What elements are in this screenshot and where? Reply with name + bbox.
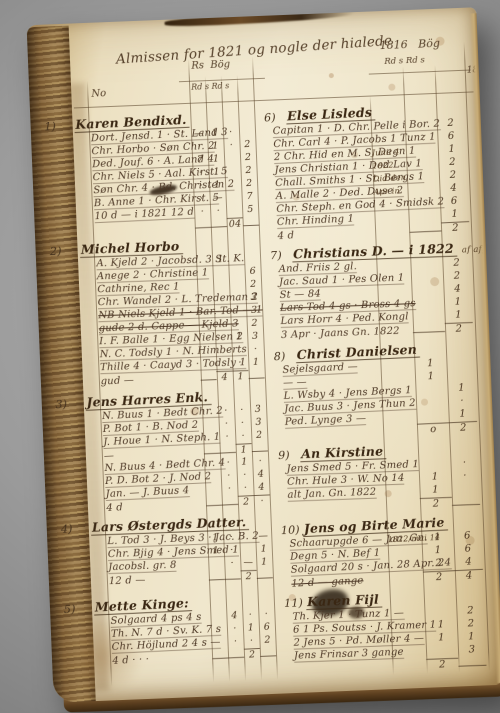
money-col-value: · bbox=[448, 395, 476, 407]
money-col-value: 2 bbox=[439, 169, 467, 181]
col-value: — bbox=[210, 192, 226, 204]
money-col-value: 1 bbox=[438, 143, 466, 155]
money-col-value: 4 bbox=[439, 182, 467, 194]
col-value: 5 bbox=[242, 204, 258, 216]
col-value bbox=[226, 199, 242, 200]
col-value bbox=[225, 578, 241, 580]
col-value bbox=[195, 227, 211, 229]
col-value bbox=[244, 260, 260, 261]
col-value bbox=[239, 134, 255, 135]
right-money-header-1: 1816 bbox=[379, 38, 407, 52]
col-value: · bbox=[218, 405, 234, 417]
section-an-kirstine: 9)An Kirstine Jens Smed 5 · Fr. Smed 1·C… bbox=[280, 440, 482, 516]
section-christians-datter: 7)Christians D. — i 1822af afg. Chist. H… bbox=[272, 240, 475, 342]
section-number: 3) bbox=[55, 397, 86, 411]
money-col-value bbox=[419, 466, 451, 467]
money-col-value: 2 bbox=[445, 322, 473, 335]
money-col-value: 1 bbox=[419, 471, 451, 483]
section-number: 1) bbox=[44, 119, 75, 133]
col-value bbox=[227, 212, 243, 213]
col-value bbox=[213, 288, 229, 289]
margin-note bbox=[386, 493, 420, 494]
col-value: · bbox=[223, 139, 239, 151]
col-value: · bbox=[252, 455, 268, 467]
money-col-value: 2 bbox=[426, 658, 458, 671]
col-value bbox=[249, 377, 265, 379]
col-value: 3 bbox=[250, 403, 266, 415]
line-text: Jac. Saud 1 · Pes Olen 1 bbox=[273, 273, 377, 288]
section-number: 6) bbox=[264, 110, 287, 124]
section-jens-harres: 3)Jens Harres Enk. N. Buus 1 · Bedt Chr.… bbox=[89, 386, 270, 515]
col-value: · bbox=[219, 431, 235, 443]
section-lars-ostergds: 4)Lars Østergds Datter. L. Tod 3 · J. Be… bbox=[95, 513, 273, 588]
col-value: · bbox=[223, 531, 239, 543]
col-value: · bbox=[258, 608, 274, 620]
section-heading: Karen Fijl bbox=[306, 591, 382, 610]
money-col-value bbox=[447, 377, 475, 378]
col-value: 4 bbox=[253, 481, 269, 493]
col-value bbox=[211, 226, 227, 228]
margin-note: Apr in bbox=[373, 186, 407, 197]
col-value: 2 bbox=[241, 178, 257, 190]
line-text: St — 84 bbox=[273, 286, 377, 301]
col-value: 2 bbox=[251, 429, 267, 441]
margin-note bbox=[376, 233, 410, 235]
col-value: — bbox=[191, 128, 207, 140]
money-col-value: 2 bbox=[443, 270, 471, 282]
money-col-value: 1 bbox=[422, 544, 454, 556]
line-text: 12 d — bbox=[97, 573, 209, 588]
line-text: 4 d bbox=[271, 226, 375, 242]
section-number: 2) bbox=[50, 244, 80, 258]
money-col-value bbox=[452, 504, 480, 506]
col-value bbox=[228, 657, 244, 659]
col-value: 1 bbox=[212, 254, 228, 266]
col-value: 2 bbox=[241, 570, 257, 583]
col-value: 7 bbox=[242, 191, 258, 203]
line-text: Lars Horr 4 · Ped. Kongl bbox=[274, 312, 378, 327]
money-col-value: · bbox=[451, 470, 479, 482]
money-col-value: 1 bbox=[421, 531, 453, 543]
col-value bbox=[229, 287, 245, 288]
col-value: 1 bbox=[208, 166, 224, 178]
col-value bbox=[224, 160, 240, 161]
money-col-value: 1 bbox=[419, 484, 451, 496]
margin-note: 1822/mai 14 bbox=[387, 534, 421, 545]
line-text: Jens Frinsar 3 gange bbox=[288, 647, 392, 662]
col-value: · bbox=[218, 418, 234, 430]
col-value: · bbox=[193, 180, 209, 192]
margin-note: Junii 4 bbox=[372, 147, 406, 158]
col-value: 7 bbox=[192, 154, 208, 166]
col-value: 2 bbox=[259, 634, 275, 646]
money-col-value: o bbox=[417, 422, 450, 435]
col-value: · bbox=[194, 193, 210, 205]
col-value bbox=[209, 579, 225, 581]
col-value: 3 bbox=[246, 291, 262, 303]
section-number: 8) bbox=[274, 349, 297, 363]
photo-backdrop: Almissen for 1821 og nogle der hialede N… bbox=[0, 0, 500, 713]
col-value bbox=[206, 492, 222, 493]
money-col-value bbox=[452, 491, 480, 492]
line-text bbox=[280, 434, 384, 439]
line-text bbox=[282, 508, 386, 512]
margin-note bbox=[393, 668, 427, 669]
section-number: 5) bbox=[64, 602, 95, 616]
money-col-value bbox=[408, 191, 440, 192]
line-text: 3 Apr · Jaans Gn. 1822 bbox=[275, 326, 379, 341]
col-value: 4 bbox=[253, 468, 269, 480]
section-karen-bendixd: 1)Karen Bendixd. Dort. Jensd. 1 · St. La… bbox=[78, 109, 259, 238]
col-value bbox=[252, 450, 268, 452]
right-money-header-2: Bög bbox=[418, 37, 440, 51]
col-value: 1 bbox=[232, 370, 248, 383]
col-value: · bbox=[220, 457, 236, 469]
line-text: 4 d bbox=[94, 498, 206, 514]
money-col-value bbox=[425, 614, 457, 615]
col-value: 3 bbox=[246, 304, 262, 316]
col-value: · bbox=[221, 483, 237, 495]
col-value: 6 bbox=[259, 621, 275, 633]
col-value bbox=[203, 427, 219, 428]
money-col-value: 2 bbox=[436, 117, 464, 129]
col-value: 1 bbox=[207, 127, 223, 139]
margin-note: Did den bbox=[373, 173, 407, 184]
line-text: 12 d — gange bbox=[285, 574, 389, 590]
section-number: 4) bbox=[61, 522, 91, 536]
money-col-value: 2 bbox=[438, 156, 466, 168]
col-value bbox=[260, 655, 276, 657]
line-text: Th. Kjer 1 · Tunz 1 — bbox=[286, 608, 390, 623]
col-value bbox=[213, 275, 229, 276]
section-heading: An Kirstine bbox=[300, 443, 387, 462]
money-col-value: 2 bbox=[420, 497, 452, 510]
col-value: · bbox=[192, 167, 208, 179]
col-value: 1 bbox=[209, 179, 225, 191]
col-value: 6 bbox=[245, 265, 261, 277]
col-value bbox=[201, 379, 217, 381]
line-text: And. Friis 2 gl. bbox=[272, 260, 376, 275]
left-column: 1)Karen Bendixd. Dort. Jensd. 1 · St. La… bbox=[78, 109, 276, 673]
foxing-spots bbox=[329, 73, 334, 78]
margin-note bbox=[377, 267, 411, 268]
money-col-value: 2 bbox=[449, 421, 478, 434]
right-money-subheader: Rd s Rd s bbox=[384, 55, 425, 67]
col-value: · bbox=[232, 357, 248, 369]
col-value bbox=[204, 453, 220, 455]
col-value: 2 bbox=[240, 152, 256, 164]
col-value: 1 bbox=[208, 545, 224, 557]
money-col-value: 1 bbox=[447, 382, 475, 394]
money-col-value bbox=[411, 266, 443, 267]
col-value: · bbox=[224, 557, 240, 569]
section-karen-fijl: 11)Karen Fijl Th. Kjer 1 · Tunz 1 —26 1 … bbox=[286, 588, 489, 677]
money-col-value: 1 bbox=[425, 632, 457, 644]
col-value: — bbox=[255, 530, 271, 542]
col-value: 1 bbox=[248, 356, 264, 368]
col-value: · bbox=[237, 482, 253, 494]
left-money-header-1: Rs bbox=[191, 60, 204, 71]
col-value bbox=[229, 274, 245, 275]
col-value: · bbox=[227, 623, 243, 635]
col-value: · bbox=[223, 126, 239, 138]
money-col-value: 2 bbox=[442, 257, 470, 269]
col-value bbox=[222, 504, 238, 506]
margin-note bbox=[375, 219, 409, 221]
line-text bbox=[83, 229, 195, 234]
col-value: 4 bbox=[216, 371, 232, 384]
ledger-book: Almissen for 1821 og nogle der hialede N… bbox=[27, 7, 500, 703]
margin-note bbox=[380, 367, 414, 369]
money-col-value bbox=[458, 665, 486, 667]
money-col-value: 2 bbox=[457, 618, 485, 630]
right-money-header: 1816 Bög bbox=[379, 37, 440, 52]
section-number: 9) bbox=[278, 448, 300, 462]
money-col-value: 2 bbox=[441, 221, 470, 234]
col-value: · bbox=[237, 469, 253, 481]
col-value: 04 bbox=[227, 217, 244, 230]
margin-note bbox=[381, 380, 415, 382]
col-value: 2 bbox=[239, 139, 255, 151]
col-value: · bbox=[221, 470, 237, 482]
margin-note bbox=[386, 507, 420, 508]
col-value bbox=[206, 505, 222, 507]
col-value: 1 bbox=[231, 331, 247, 343]
col-value: 1 bbox=[236, 443, 253, 456]
col-value bbox=[257, 577, 273, 579]
col-value: 2 bbox=[240, 165, 256, 177]
ruled-line bbox=[369, 70, 471, 75]
section-number: 11) bbox=[284, 596, 306, 610]
money-col-value: 1 bbox=[415, 370, 447, 382]
money-col-value: 6 bbox=[440, 195, 468, 207]
line-text bbox=[289, 669, 393, 673]
line-text: Lars Tod 4 gs · Bross 4 gs bbox=[274, 299, 378, 314]
col-value: 1 bbox=[243, 622, 259, 634]
col-value: 2 bbox=[244, 648, 261, 661]
margin-note: 1822 bbox=[372, 160, 406, 171]
money-col-value: 6 bbox=[437, 130, 465, 142]
line-text: 4 d · · · bbox=[100, 651, 212, 667]
col-value bbox=[211, 619, 227, 620]
line-text: Chr. Hule 3 · W. No 14 bbox=[281, 473, 385, 488]
money-col-value bbox=[416, 391, 448, 392]
money-col-value bbox=[412, 305, 444, 306]
col-value: 1 bbox=[207, 532, 223, 544]
torn-top-edge bbox=[164, 9, 354, 28]
line-text: Jens Smed 5 · Fr. Smed 1 bbox=[280, 460, 384, 475]
col-value: 4 bbox=[226, 610, 242, 622]
section-jens-birte-marie: 10)Jens og Birte Marie Schaarupgde 6 — J… bbox=[283, 513, 486, 591]
money-col-value: 1 bbox=[444, 296, 472, 308]
col-value: · bbox=[227, 636, 243, 648]
money-col-value bbox=[411, 279, 443, 280]
right-column: 6)Else Lisleds Capitan 1 · D. Chr. Pelle… bbox=[266, 101, 489, 683]
money-col-value: 1 bbox=[441, 208, 469, 220]
col-value bbox=[212, 657, 228, 659]
money-col-value bbox=[416, 404, 448, 405]
line-text: 6 1 Ps. Soutss · J. Kramer 1 bbox=[287, 621, 391, 636]
money-col-value: 1 bbox=[448, 408, 476, 420]
col-value: 3 bbox=[247, 330, 263, 342]
section-number: 7) bbox=[270, 248, 292, 262]
money-col-value: 4 bbox=[454, 556, 482, 568]
money-col-value bbox=[413, 318, 445, 319]
money-col-value bbox=[417, 417, 449, 418]
col-value: · bbox=[191, 141, 207, 153]
col-value: 3 bbox=[250, 416, 266, 428]
money-col-value bbox=[413, 331, 445, 333]
page-title: Almissen for 1821 og nogle der hialede bbox=[116, 33, 393, 68]
col-value: 1 bbox=[236, 456, 252, 468]
money-col-value: 1 bbox=[444, 309, 472, 321]
ledger-page: Almissen for 1821 og nogle der hialede N… bbox=[27, 7, 500, 703]
section-christ-danielsen: 8)Christ Danielsen Sejelsgaard —1— —1L. … bbox=[275, 339, 479, 443]
line-text: alt Jan. Gn. 1822 bbox=[281, 486, 385, 501]
col-value: 2 bbox=[238, 495, 255, 508]
section-else-lisleds: 6)Else Lisleds Capitan 1 · D. Chr. Pelle… bbox=[266, 100, 472, 243]
money-col-value bbox=[426, 653, 458, 654]
left-money-subheader: Rd s Rd s bbox=[191, 81, 229, 92]
col-value: — bbox=[240, 557, 256, 569]
left-money-header: Rs Bög bbox=[191, 59, 230, 72]
no-column-label: No bbox=[91, 88, 106, 100]
money-col-value bbox=[409, 217, 441, 218]
col-value: 2 bbox=[246, 317, 262, 329]
money-col-value bbox=[412, 292, 444, 293]
money-col-value: 2 bbox=[423, 570, 456, 583]
money-col-value: 1 bbox=[457, 631, 485, 643]
money-col-value: 3 bbox=[458, 644, 486, 656]
col-value: 1 bbox=[207, 140, 223, 152]
col-value: · bbox=[247, 343, 263, 355]
margin-note bbox=[383, 419, 417, 421]
line-text: gud — bbox=[88, 373, 200, 388]
col-value: · bbox=[235, 430, 251, 442]
section-number: 10) bbox=[281, 523, 304, 537]
money-col-value: 1 bbox=[414, 357, 446, 369]
money-col-value bbox=[446, 364, 474, 365]
col-value: · bbox=[194, 206, 210, 218]
col-value: · bbox=[234, 404, 250, 416]
col-value bbox=[240, 552, 256, 553]
section-margin-note: af afg. Chist. Hestm. bbox=[462, 242, 500, 255]
margin-note bbox=[378, 293, 412, 294]
money-col-value: 2 bbox=[422, 557, 454, 569]
section-michel-horbo: 2)Michel Horbo A. Kjeld 2 · Jacobsd. 3 S… bbox=[84, 236, 265, 389]
margin-note bbox=[384, 433, 418, 435]
col-value: 2 bbox=[245, 278, 261, 290]
col-value bbox=[208, 566, 224, 567]
col-value bbox=[197, 288, 213, 289]
col-value bbox=[243, 225, 259, 227]
money-col-value: 2 bbox=[456, 605, 484, 617]
col-value: · bbox=[242, 609, 258, 621]
left-money-header-2: Bög bbox=[210, 59, 230, 71]
col-value bbox=[220, 452, 236, 454]
right-corner-note: 18 bbox=[467, 65, 479, 75]
money-col-value: 6 bbox=[453, 530, 481, 542]
line-text: 2 Jens 5 · Pd. Møller 4 — bbox=[287, 634, 391, 649]
col-value: 1 bbox=[256, 543, 272, 555]
col-value: 1 bbox=[208, 153, 224, 165]
margin-note bbox=[389, 581, 423, 583]
col-value: · bbox=[234, 417, 250, 429]
money-col-value: 4 bbox=[455, 569, 484, 582]
money-col-value: 6 bbox=[454, 543, 482, 555]
margin-note bbox=[388, 554, 422, 556]
col-value: · bbox=[254, 494, 271, 507]
col-value: · bbox=[224, 544, 240, 556]
money-col-value bbox=[410, 230, 442, 232]
money-col-value: 4 bbox=[443, 283, 471, 295]
col-value: · bbox=[210, 205, 226, 217]
money-col-value: 1 bbox=[425, 619, 457, 631]
col-value: · bbox=[243, 635, 259, 647]
section-mette-kinge: 5)Mette Kinge: Solgaard 4 ps 4 s4··Th. N… bbox=[97, 591, 276, 668]
col-value: 1 bbox=[256, 556, 272, 568]
money-col-value: · bbox=[450, 457, 478, 469]
